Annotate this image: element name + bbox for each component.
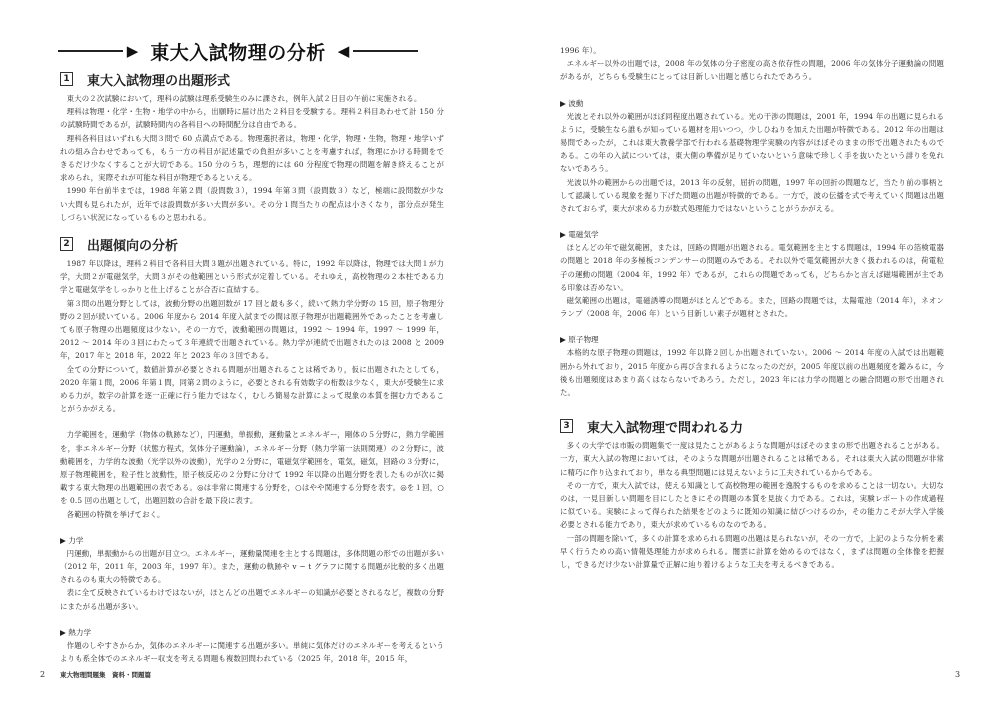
paragraph: 1996 年）。 bbox=[560, 44, 944, 57]
subheading-waves: ▶ 波動 bbox=[560, 97, 944, 110]
section-number-box: 2 bbox=[60, 237, 73, 251]
subheading-mechanics: ▶ 力学 bbox=[60, 534, 444, 547]
paragraph: 理科各科目はいずれも大問３問で 60 点満点である。物理選択者は，物理・化学，物… bbox=[60, 132, 444, 185]
title-rule-left bbox=[58, 50, 123, 52]
paragraph: 円運動，単振動からの出題が目立つ。エネルギー，運動量関連を主とする問題は，多体問… bbox=[60, 547, 444, 587]
page-number-right: 3 bbox=[955, 670, 960, 679]
chapter-title-row: ▶ 東大入試物理の分析 ◀ bbox=[58, 38, 418, 64]
paragraph: 各範囲の特徴を挙げておく。 bbox=[60, 508, 444, 521]
subheading-thermodynamics: ▶ 熱力学 bbox=[60, 626, 444, 639]
section-number-box: 1 bbox=[60, 72, 73, 86]
section-2: 2 出題傾向の分析 1987 年以降は，理科２科目で各科目大問３題が出題されてい… bbox=[60, 235, 444, 665]
section-2-title: 出題傾向の分析 bbox=[87, 235, 178, 254]
paragraph: 理科は物理・化学・生物・地学の中から，出願時に届け出た２科目を受験する。理科２科… bbox=[60, 105, 444, 131]
section-1-title: 東大入試物理の出題形式 bbox=[87, 70, 230, 89]
running-head: 東大物理問題集 資料・問題篇 bbox=[60, 670, 151, 679]
paragraph: 1990 年台前半までは，1988 年第２問（設問数３），1994 年第３問（設… bbox=[60, 184, 444, 224]
paragraph: 光波とそれ以外の範囲がほぼ同程度出題されている。光の干渉の問題は，2001 年，… bbox=[560, 110, 944, 176]
paragraph: 本格的な原子物理の問題は，1992 年以降２回しか出題されていない。2006 ～… bbox=[560, 346, 944, 399]
paragraph: ほとんどの年で磁気範囲，または，回路の問題が出題される。電気範囲を主とする問題は… bbox=[560, 241, 944, 294]
triangle-left-icon: ◀ bbox=[338, 42, 350, 60]
page-number-left: 2 bbox=[40, 670, 45, 679]
section-number-box: 3 bbox=[560, 419, 573, 433]
left-page: ▶ 東大入試物理の分析 ◀ 1 東大入試物理の出題形式 東大の２次試験において，… bbox=[0, 0, 500, 705]
paragraph: その一方で，東大入試では，使える知識として高校物理の範囲を逸脱するものを求めるこ… bbox=[560, 479, 944, 532]
section-3-title: 東大入試物理で問われる力 bbox=[587, 417, 743, 436]
paragraph: 磁気範囲の出題は，電磁誘導の問題がほとんどである。また，回路の問題では，太陽電池… bbox=[560, 294, 944, 320]
paragraph: 力学範囲を，運動学（物体の軌跡など），円運動，単振動，運動量とエネルギー，剛体の… bbox=[60, 428, 444, 507]
right-column: 1996 年）。 エネルギー以外の出題では，2008 年の気体の分子密度の高さ依… bbox=[560, 44, 944, 571]
paragraph: 作題のしやすさからか，気体のエネルギーに関連する出題が多い。単純に気体だけのエネ… bbox=[60, 639, 444, 665]
triangle-right-icon: ▶ bbox=[127, 42, 139, 60]
paragraph: 東大の２次試験において，理科の試験は理系受験生のみに課され，例年入試２日目の午前… bbox=[60, 92, 444, 105]
right-page: 1996 年）。 エネルギー以外の出題では，2008 年の気体の分子密度の高さ依… bbox=[500, 0, 1000, 705]
paragraph: 多くの大学では市販の問題集で一度は見たことがあるような問題がほぼそのままの形で出… bbox=[560, 439, 944, 479]
paragraph: エネルギー以外の出題では，2008 年の気体の分子密度の高さ依存性の問題，200… bbox=[560, 57, 944, 83]
paragraph: 一部の問題を除いて，多くの計算を求められる問題の出題は見られないが，その一方で，… bbox=[560, 532, 944, 572]
paragraph: 表に全て反映されているわけではないが，ほとんどの出題でエネルギーの知識が必要とさ… bbox=[60, 586, 444, 612]
chapter-title: 東大入試物理の分析 bbox=[150, 38, 326, 65]
section-1: 1 東大入試物理の出題形式 東大の２次試験において，理科の試験は理系受験生のみに… bbox=[60, 70, 444, 224]
title-rule-right bbox=[353, 50, 418, 52]
section-1-heading: 1 東大入試物理の出題形式 bbox=[60, 70, 444, 88]
paragraph: 全ての分野について，数値計算が必要とされる問題が出題されることは稀であり，仮に出… bbox=[60, 363, 444, 416]
section-3-heading: 3 東大入試物理で問われる力 bbox=[560, 417, 944, 435]
paragraph: 第３問の出題分野としては，波動分野の出題回数が 17 回と最も多く，続いて熱力学… bbox=[60, 297, 444, 363]
subheading-atomic-physics: ▶ 原子物理 bbox=[560, 333, 944, 346]
paragraph: 光波以外の範囲からの出題では，2013 年の反射，屈折の問題，1997 年の回折… bbox=[560, 176, 944, 216]
paragraph: 1987 年以降は，理科２科目で各科目大問３題が出題されている。特に，1992 … bbox=[60, 257, 444, 297]
subheading-electromagnetism: ▶ 電磁気学 bbox=[560, 228, 944, 241]
section-2-heading: 2 出題傾向の分析 bbox=[60, 235, 444, 253]
